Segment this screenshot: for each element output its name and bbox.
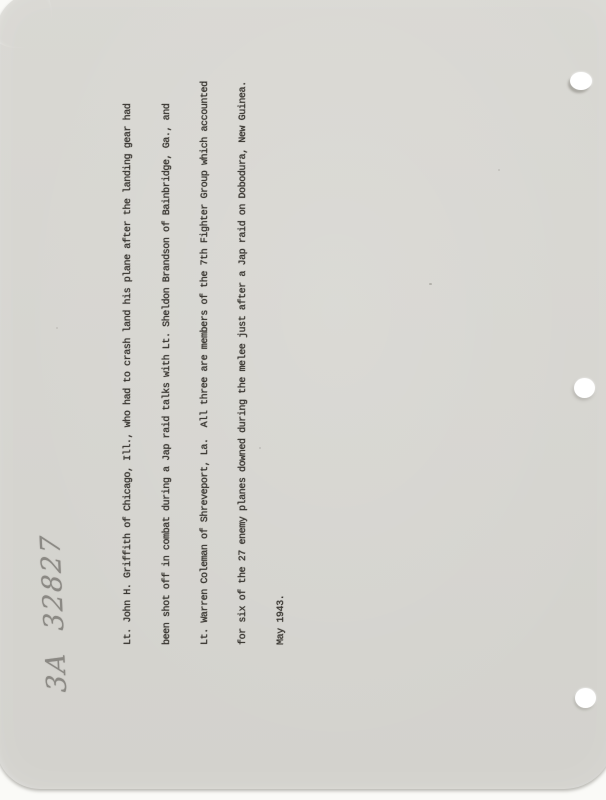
typed-caption: Lt. John H. Griffith of Chicago, Ill., w… — [98, 67, 314, 645]
caption-line: Lt. John H. Griffith of Chicago, Ill., w… — [123, 67, 136, 645]
caption-line: Lt. Warren Coleman of Shreveport, La. Al… — [200, 67, 213, 645]
scan-speck — [498, 169, 500, 171]
punch-hole — [570, 72, 592, 90]
punch-hole — [574, 378, 595, 398]
scan-speck — [56, 327, 58, 329]
caption-line: May 1943. — [276, 67, 289, 645]
scan-background: 3A 32827 Lt. John H. Griffith of Chicago… — [0, 0, 606, 800]
page-corner-curl — [0, 0, 52, 48]
handwritten-archive-number: 3A 32827 — [35, 521, 74, 693]
photo-caption-page: 3A 32827 Lt. John H. Griffith of Chicago… — [0, 0, 606, 789]
caption-line: for six of the 27 enemy planes downed du… — [238, 67, 251, 645]
caption-line: been shot off in combat during a Jap rai… — [162, 67, 175, 645]
punch-hole — [575, 688, 596, 708]
scan-speck — [429, 283, 432, 285]
